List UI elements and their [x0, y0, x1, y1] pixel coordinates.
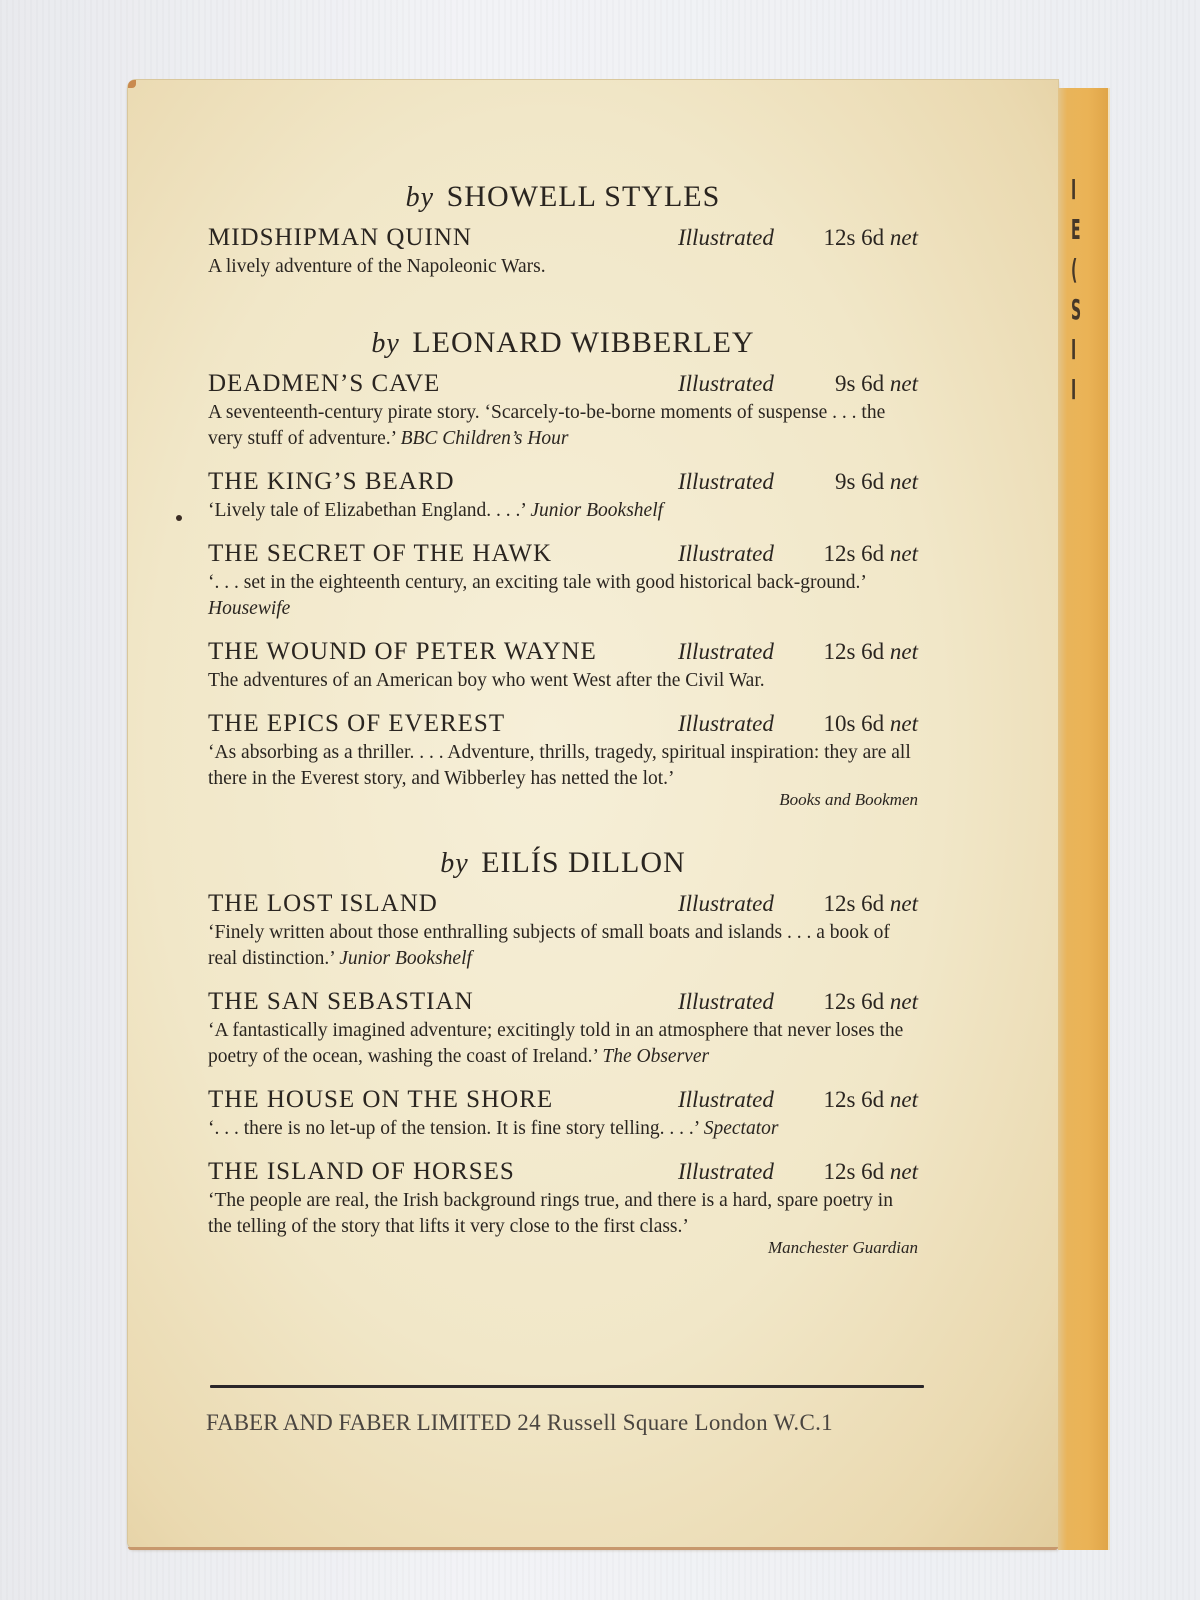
book-title: THE SECRET OF THE HAWK [208, 540, 678, 568]
book-title: THE EPICS OF EVEREST [208, 710, 678, 738]
book-title: THE LOST ISLAND [208, 890, 678, 918]
book-price: 12s 6d net [808, 891, 918, 917]
review-source: Housewife [208, 598, 290, 619]
book-description: A seventeenth-century pirate story. ‘Sca… [208, 400, 918, 452]
illustrated-label: Illustrated [678, 225, 808, 251]
book-price: 12s 6d net [808, 639, 918, 665]
book-title: THE HOUSE ON THE SHORE [208, 1086, 678, 1114]
book-entry: THE ISLAND OF HORSES Illustrated 12s 6d … [208, 1158, 918, 1258]
book-price: 12s 6d net [808, 541, 918, 567]
illustrated-label: Illustrated [678, 1159, 808, 1185]
by-label: by [440, 848, 468, 879]
book-description: The adventures of an American boy who we… [208, 668, 918, 694]
spine-lettering: I E ( S I I [1066, 170, 1086, 410]
book-price: 10s 6d net [808, 711, 918, 737]
book-description: A lively adventure of the Napoleonic War… [208, 254, 918, 280]
illustrated-label: Illustrated [678, 711, 808, 737]
book-entry: THE KING’S BEARD Illustrated 9s 6d net ‘… [208, 468, 918, 524]
review-source: BBC Children’s Hour [401, 428, 569, 449]
spine-letter: E [1071, 210, 1081, 250]
author-name: SHOWELL STYLES [447, 180, 721, 213]
author-section-leonard-wibberley: by LEONARD WIBBERLEY DEADMEN’S CAVE Illu… [208, 326, 918, 810]
book-title: THE KING’S BEARD [208, 468, 678, 496]
review-source: Manchester Guardian [208, 1238, 918, 1258]
book-price: 12s 6d net [808, 989, 918, 1015]
author-name: EILÍS DILLON [481, 846, 685, 879]
illustrated-label: Illustrated [678, 989, 808, 1015]
illustrated-label: Illustrated [678, 371, 808, 397]
book-title: MIDSHIPMAN QUINN [208, 224, 678, 252]
spine-letter: I [1071, 330, 1081, 370]
illustrated-label: Illustrated [678, 639, 808, 665]
review-source: The Observer [602, 1046, 709, 1067]
by-label: by [406, 182, 434, 213]
author-name: LEONARD WIBBERLEY [412, 326, 754, 359]
illustrated-label: Illustrated [678, 1087, 808, 1113]
book-title: DEADMEN’S CAVE [208, 370, 678, 398]
publisher-address: 24 Russell Square London W.C.1 [517, 1410, 833, 1435]
dust-jacket-back: by SHOWELL STYLES MIDSHIPMAN QUINN Illus… [128, 80, 1058, 1548]
book-entry: THE HOUSE ON THE SHORE Illustrated 12s 6… [208, 1086, 918, 1142]
review-source: Spectator [704, 1118, 779, 1139]
footer-rule [210, 1385, 924, 1388]
book-price: 12s 6d net [808, 1087, 918, 1113]
ink-spot [176, 515, 182, 521]
spine-letter: S [1071, 290, 1081, 330]
spine-letter: I [1071, 370, 1081, 410]
book-entry: THE SAN SEBASTIAN Illustrated 12s 6d net… [208, 988, 918, 1070]
book-description: ‘. . . set in the eighteenth century, an… [208, 570, 918, 622]
book-description: ‘As absorbing as a thriller. . . . Adven… [208, 740, 918, 792]
book-title: THE WOUND OF PETER WAYNE [208, 638, 678, 666]
book-price: 9s 6d net [808, 469, 918, 495]
book-description: ‘Lively tale of Elizabethan England. . .… [208, 498, 918, 524]
book-description: ‘. . . there is no let-up of the tension… [208, 1116, 918, 1142]
illustrated-label: Illustrated [678, 891, 808, 917]
author-heading: by SHOWELL STYLES [208, 180, 918, 214]
book-entry: DEADMEN’S CAVE Illustrated 9s 6d net A s… [208, 370, 918, 452]
book-title: THE ISLAND OF HORSES [208, 1158, 678, 1186]
by-label: by [371, 328, 399, 359]
author-section-eilis-dillon: by EILÍS DILLON THE LOST ISLAND Illustra… [208, 846, 918, 1258]
book-description: ‘Finely written about those enthralling … [208, 920, 918, 972]
review-source: Junior Bookshelf [530, 500, 663, 521]
review-source: Books and Bookmen [208, 790, 918, 810]
book-price: 9s 6d net [808, 371, 918, 397]
book-description: ‘A fantastically imagined adventure; exc… [208, 1018, 918, 1070]
book-price: 12s 6d net [808, 225, 918, 251]
book-title: THE SAN SEBASTIAN [208, 988, 678, 1016]
author-heading: by LEONARD WIBBERLEY [208, 326, 918, 360]
book-entry: THE SECRET OF THE HAWK Illustrated 12s 6… [208, 540, 918, 622]
author-heading: by EILÍS DILLON [208, 846, 918, 880]
illustrated-label: Illustrated [678, 541, 808, 567]
illustrated-label: Illustrated [678, 469, 808, 495]
book-entry: THE WOUND OF PETER WAYNE Illustrated 12s… [208, 638, 918, 694]
book-back-cover: by SHOWELL STYLES MIDSHIPMAN QUINN Illus… [128, 80, 1116, 1548]
author-section-showell-styles: by SHOWELL STYLES MIDSHIPMAN QUINN Illus… [208, 180, 918, 280]
book-entry: THE LOST ISLAND Illustrated 12s 6d net ‘… [208, 890, 918, 972]
spine-letter: ( [1071, 250, 1081, 290]
book-price: 12s 6d net [808, 1159, 918, 1185]
book-entry: THE EPICS OF EVEREST Illustrated 10s 6d … [208, 710, 918, 810]
book-description: ‘The people are real, the Irish backgrou… [208, 1188, 918, 1240]
book-entry: MIDSHIPMAN QUINN Illustrated 12s 6d net … [208, 224, 918, 280]
publisher-name: FABER AND FABER LIMITED [206, 1410, 511, 1435]
review-source: Junior Bookshelf [339, 948, 472, 969]
publisher-imprint: FABER AND FABER LIMITED 24 Russell Squar… [206, 1410, 926, 1436]
spine-letter: I [1071, 170, 1081, 210]
book-list: by SHOWELL STYLES MIDSHIPMAN QUINN Illus… [208, 180, 918, 1288]
